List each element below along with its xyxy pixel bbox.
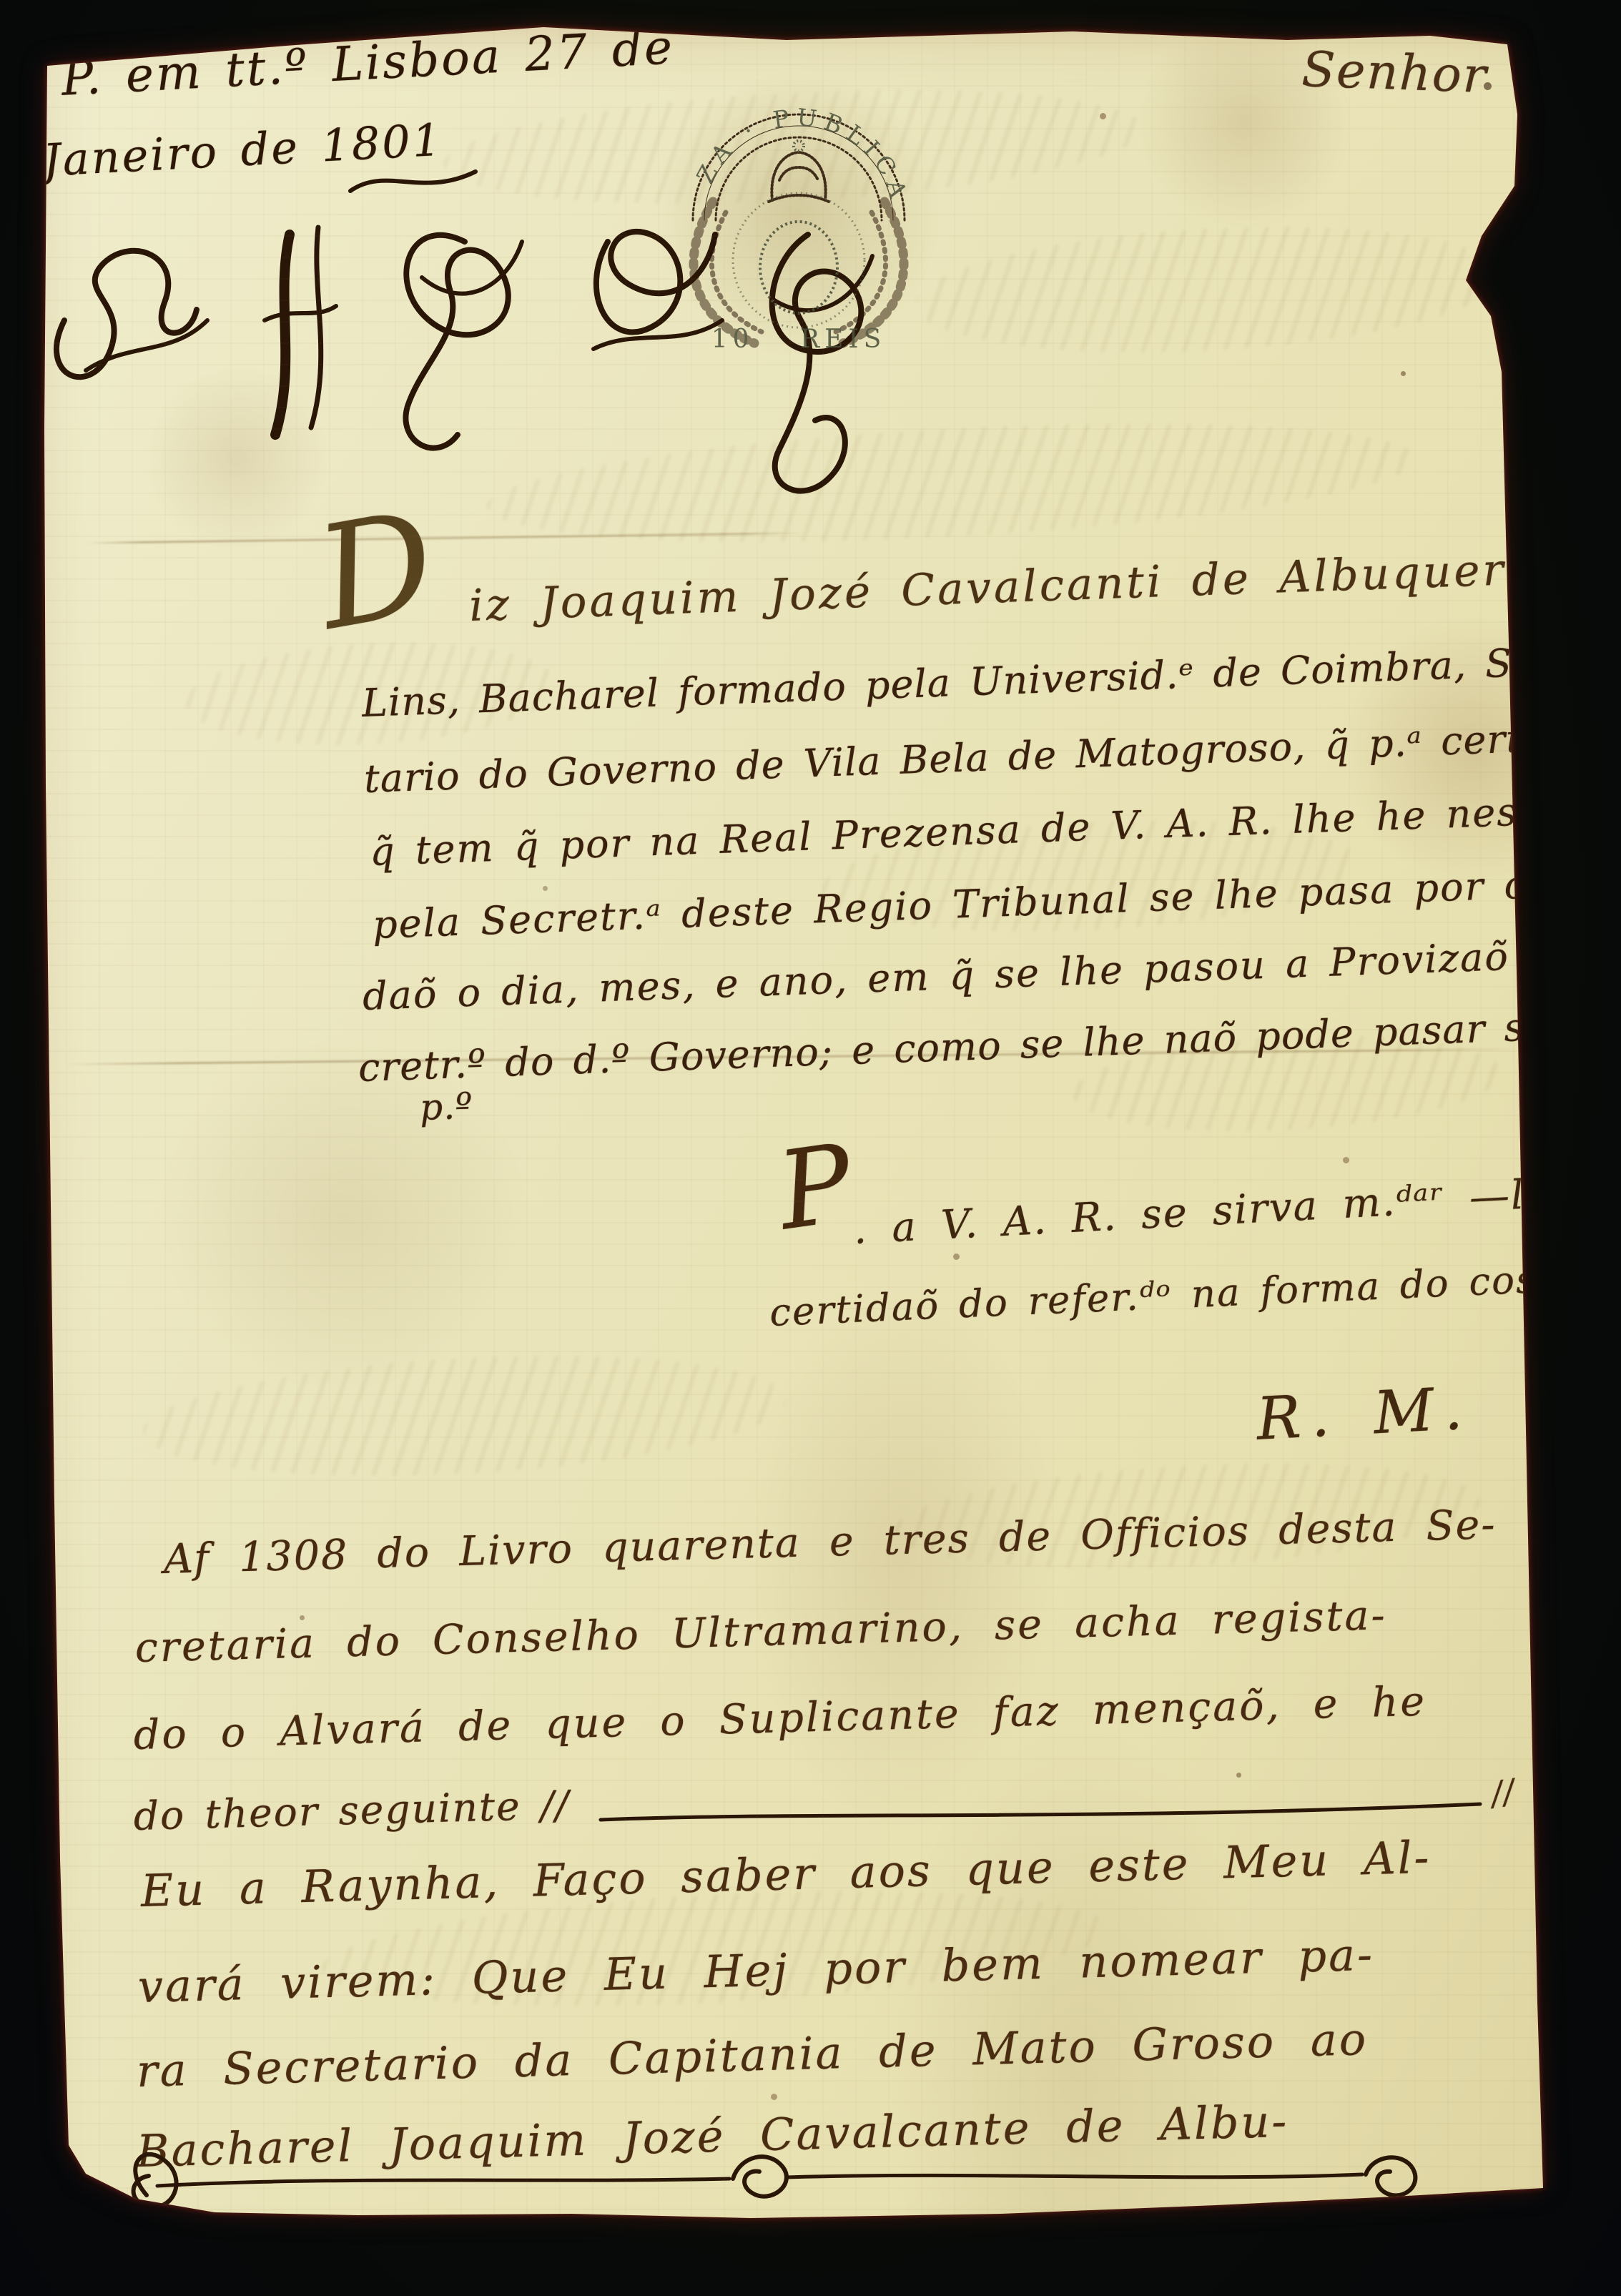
- ink-showthrough: [140, 1342, 789, 1490]
- registry-line-3: do o Alvará de que o Suplicante faz menç…: [133, 1678, 1427, 1759]
- ink-specks: [0, 0, 4, 4]
- alvara-line-2: vará virem: Que Eu Hej por bem nomear pa…: [137, 1928, 1375, 2013]
- petition-line-1: Lins, Bacharel formado pela Universid.ᵉ …: [361, 637, 1615, 726]
- petition-line-5: daõ o dia, mes, e ano, em q̃ se lhe paso…: [362, 928, 1621, 1019]
- svg-text:ZA · PUBLICA: ZA · PUBLICA: [691, 103, 914, 207]
- registry-line-4: do theor seguinte //: [133, 1782, 571, 1839]
- petition-line-4: pela Secretr.ᵃ deste Regio Tribunal se l…: [372, 859, 1617, 947]
- petition-line-6: cretr.º do d.º Governo; e como se lhe na…: [358, 999, 1621, 1090]
- dispatch-place-date-line1: P. em tt.º Lisboa 27 de: [60, 19, 676, 107]
- stamp-crown-icon: [769, 141, 829, 202]
- manuscript-page: P. em tt.º Lisboa 27 de Janeiro de 1801 …: [0, 0, 1621, 2296]
- salutation: Senhor: [1301, 41, 1488, 104]
- rubric-flourish-2: [265, 227, 336, 435]
- document-sheet-wrap: P. em tt.º Lisboa 27 de Janeiro de 1801 …: [0, 0, 1621, 2296]
- alvara-line-1: Eu a Raynha, Faço saber aos que este Meu…: [140, 1831, 1432, 1917]
- alvara-line-3: ra Secretario da Capitania de Mato Groso…: [136, 2013, 1369, 2097]
- filler-end-mark: //: [1489, 1771, 1517, 1813]
- petition-line-2: tario do Governo de Vila Bela de Matogro…: [363, 711, 1621, 802]
- request-line-1: . a V. A. R. se sirva m.ᵈᵃʳ —lhe pasar: [852, 1161, 1621, 1253]
- request-line-2: certidaõ do refer.ᵈᵒ na forma do costume: [769, 1253, 1621, 1335]
- filler-line: [593, 1791, 1494, 1834]
- stamp-arc-text: ZA · PUBLICA: [691, 103, 914, 207]
- request-initial: P: [771, 1121, 860, 1254]
- registry-line-2: cretaria do Conselho Ultramarino, se ach…: [134, 1592, 1388, 1672]
- stamp-denomination: 10 REIS: [711, 325, 887, 354]
- petition-line-3: q̃ tem q̃ por na Real Prezensa de V. A. …: [369, 784, 1621, 874]
- ink-showthrough: [912, 214, 1504, 366]
- bottom-filler-flourish: [107, 2142, 1480, 2227]
- stamp-shield-oval: [760, 222, 837, 313]
- rubric-flourish-3: [405, 235, 522, 448]
- registry-line-1: Af 1308 do Livro quarenta e tres de Offi…: [163, 1501, 1497, 1583]
- request-closing: R. M.: [1255, 1374, 1474, 1454]
- rubric-flourish-1: [56, 251, 207, 377]
- revenue-stamp: ZA · PUBLICA 10 REIS: [669, 80, 933, 359]
- stamp-wreath: [694, 202, 904, 343]
- petition-hyphen-tail: p.º: [419, 1085, 473, 1128]
